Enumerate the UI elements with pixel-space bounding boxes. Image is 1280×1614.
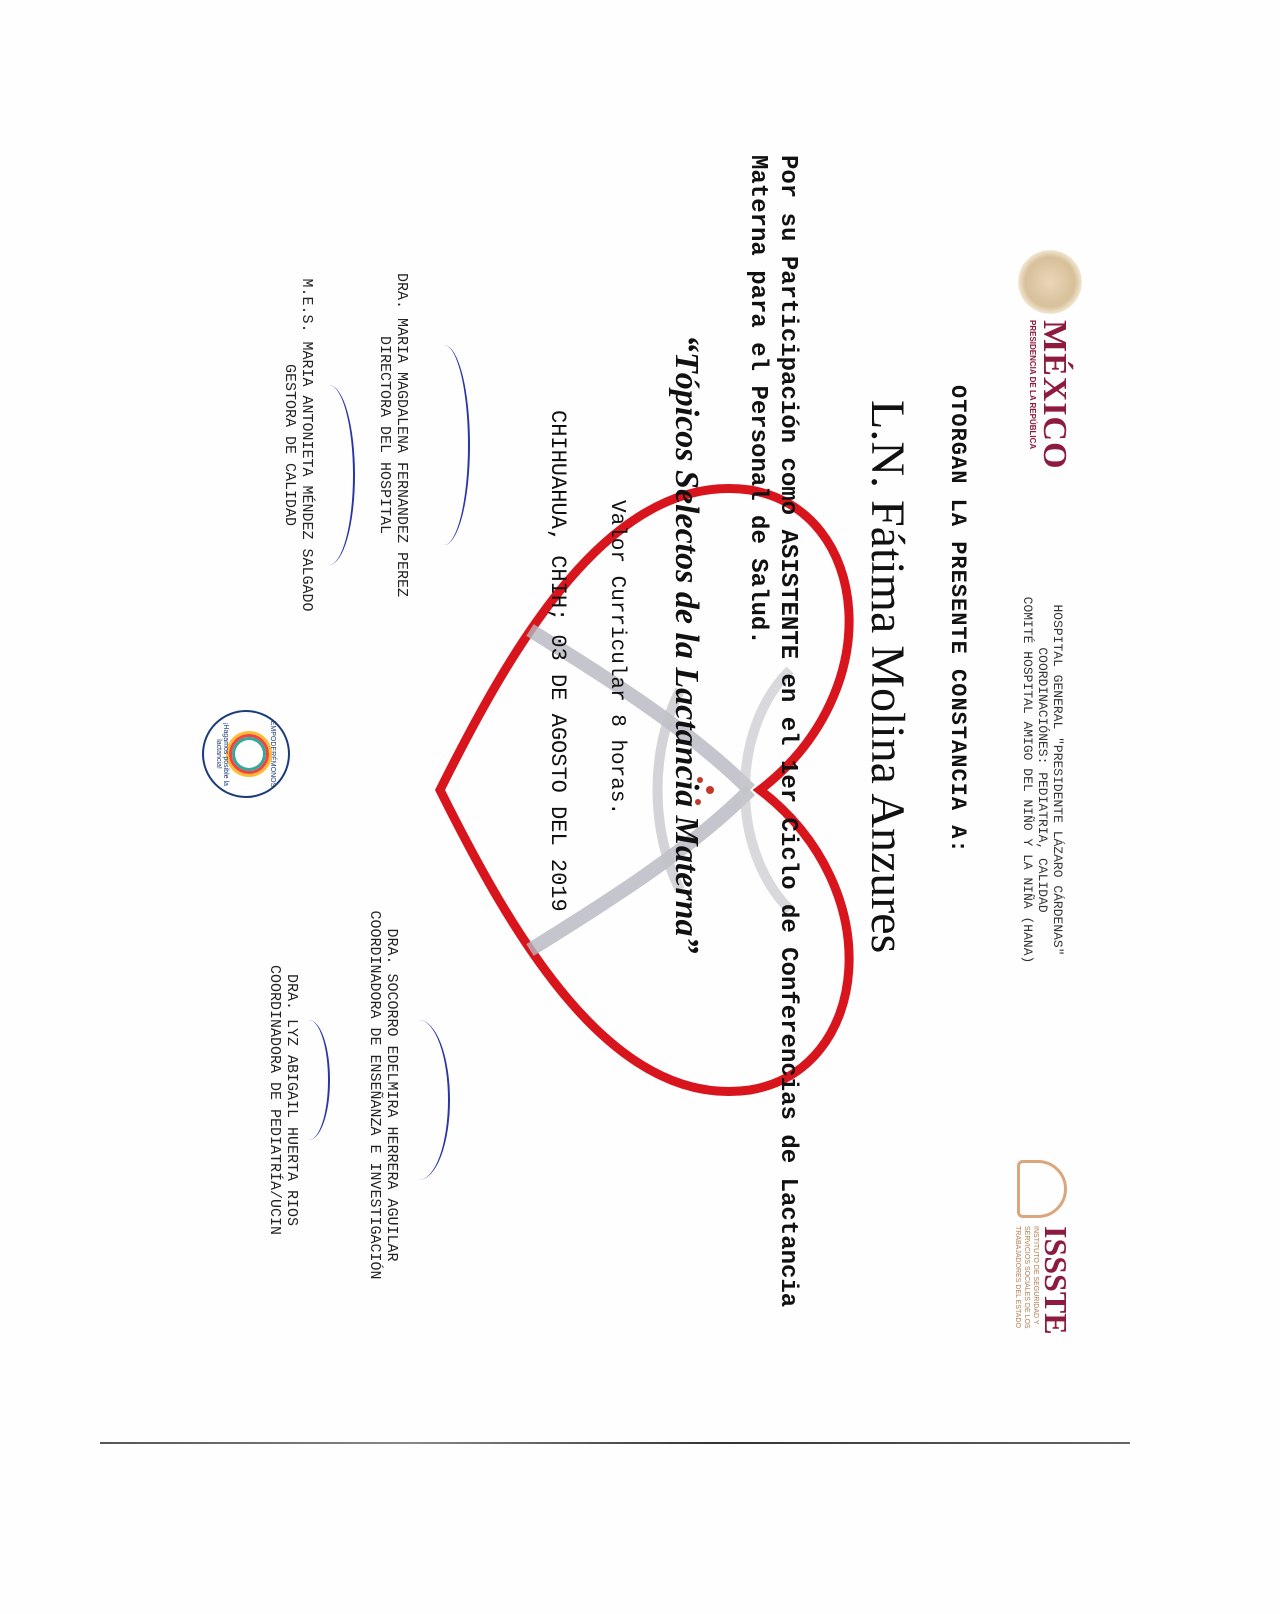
signatory-teaching-coordinator: DRA. SOCORRO EDELMIRA HERRERA AGUILAR CO…	[366, 880, 400, 1310]
badge-bottom-text: ¡Hagamos posible la lactancia!	[216, 712, 230, 796]
signatory-role: COORDINADORA DE ENSEÑANZA E INVESTIGACIÓ…	[366, 880, 383, 1310]
certificate: MÉXICO PRESIDENCIA DE LA REPÚBLICA ISSST…	[100, 100, 1100, 1400]
signature-scribble	[388, 1020, 450, 1180]
mexico-logo-subtitle: PRESIDENCIA DE LA REPÚBLICA	[1029, 320, 1038, 470]
committee: COMITÉ HOSPITAL AMIGO DEL NIÑO Y LA NIÑA…	[1020, 520, 1035, 1040]
issste-emblem-icon	[1018, 1160, 1068, 1218]
signatory-role: DIRECTORA DEL HOSPITAL	[376, 225, 393, 645]
mexico-logo: MÉXICO PRESIDENCIA DE LA REPÚBLICA	[1018, 250, 1082, 470]
signatory-director: DRA. MARIA MAGDALENA FERNANDEZ PEREZ DIR…	[376, 225, 410, 645]
badge-top-text: EMPODERÉMONOS	[270, 721, 277, 788]
signature-scribble	[303, 385, 355, 565]
issste-logo: ISSSTE INSTITUTO DE SEGURIDAD Y SERVICIO…	[1013, 1160, 1072, 1346]
role-label: ASISTENTE	[774, 529, 801, 659]
hospital-name: HOSPITAL GENERAL "PRESIDENTE LÁZARO CÁRD…	[1050, 520, 1065, 1040]
body-prefix: Por su Participación como	[774, 155, 801, 515]
signatory-pediatrics-coordinator: DRA. LYZ ABIGAIL HUERTA RIOS COORDINADOR…	[266, 900, 300, 1300]
hospital-header: HOSPITAL GENERAL "PRESIDENTE LÁZARO CÁRD…	[1020, 520, 1065, 1040]
course-title: “Tópicos Selectos de la Lactancia Matern…	[667, 335, 705, 954]
scanned-page: MÉXICO PRESIDENCIA DE LA REPÚBLICA ISSST…	[0, 0, 1280, 1614]
recipient-name: L.N. Fátima Molina Anzures	[860, 400, 915, 953]
signatory-name: DRA. MARIA MAGDALENA FERNANDEZ PEREZ	[393, 225, 410, 645]
signature-scribble	[288, 1020, 330, 1140]
national-seal-icon	[1018, 250, 1082, 314]
issste-logo-title: ISSSTE	[1040, 1226, 1072, 1346]
heart-watermark-icon	[390, 430, 910, 1150]
participation-text: Por su Participación como ASISTENTE en e…	[742, 155, 802, 1395]
issste-logo-subtitle: INSTITUTO DE SEGURIDAD Y SERVICIOS SOCIA…	[1013, 1226, 1040, 1346]
mexico-logo-title: MÉXICO	[1038, 320, 1072, 470]
breastfeeding-badge: EMPODERÉMONOS ¡Hagamos posible la lactan…	[202, 710, 290, 798]
curricular-value: Valor Curricular 8 horas.	[605, 500, 628, 815]
signature-scribble	[418, 345, 470, 545]
empowerment-logo-icon	[230, 734, 270, 774]
scan-edge-line	[100, 1442, 1130, 1444]
signatory-role: GESTORA DE CALIDAD	[281, 225, 298, 665]
coordinations: COORDINACIÓNES: PEDIATRIA, CALIDAD	[1035, 520, 1050, 1040]
signatory-role: COORDINADORA DE PEDIATRÍA/UCIN	[266, 900, 283, 1300]
place-date: CHIHUAHUA, CHIH; 03 DE AGOSTO DEL 2019	[545, 410, 570, 912]
signatory-quality-manager: M.E.S. MARIA ANTONIETA MÉNDEZ SALGADO GE…	[281, 225, 315, 665]
grant-heading: OTORGAN LA PRESENTE CONSTANCIA A:	[945, 385, 970, 854]
